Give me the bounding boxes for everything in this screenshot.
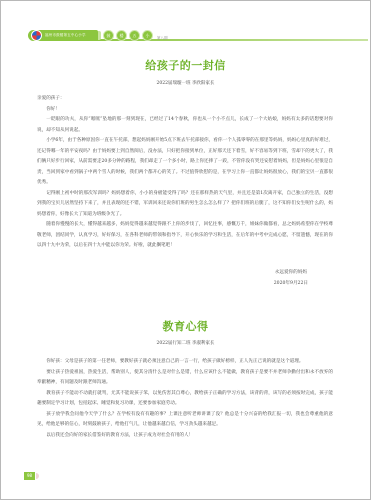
article-body: 你好孩：父母是孩子的第一任老师，要教好孩子就必须注意自己的一言一行，给孩子做好榜… <box>37 357 333 441</box>
article-byline: 2022届行知二班 李淑利家长 <box>0 340 371 346</box>
school-logo-icon <box>31 30 42 41</box>
paragraph: 一眨眼的功夫，从你“哌哌”坠地的那一刻到现在，已经过了14个春秋，你也从一个小不… <box>37 115 333 136</box>
article-title: 给孩子的一封信 <box>0 57 371 73</box>
badge-circle-icon: 鼓 <box>103 30 114 41</box>
paragraph: 以后我还会向好的家长借鉴好的教育方法，让孩子成为对社会有用的人！ <box>37 431 333 442</box>
paragraph: 教育孩子不能动不动就打就骂，尤其不能说孩子笨，以免伤害其自尊心，教给孩子正确的学… <box>37 389 333 410</box>
school-banner: 福州市鼓楼第五中心小学 <box>28 30 98 41</box>
badge-circle-icon: 五 <box>129 30 140 41</box>
paragraph: 你好孩：父母是孩子的第一任老师，要教好孩子就必须注意自己的一言一行，给孩子做好榜… <box>37 357 333 368</box>
header-badges: 鼓 楼 五 小 第八期 <box>103 30 168 41</box>
page-header: 福州市鼓楼第五中心小学 鼓 楼 五 小 第八期 <box>28 30 348 42</box>
greeting: 亲爱的孩子： <box>37 94 333 105</box>
article-body: 亲爱的孩子： 你好！ 一眨眼的功夫，从你“哌哌”坠地的那一刻到现在，已经过了14… <box>37 94 333 252</box>
paragraph: 小学6年，由于各种原因你一直在午托部，想起妈妈刚开始5点下班去午托部接你，看你一… <box>37 136 333 189</box>
badge-circle-icon: 小 <box>142 30 153 41</box>
badge-circle-icon: 楼 <box>116 30 127 41</box>
paragraph: 随着你慢慢的长大，懂得越来越多，妈妈觉得越来越觉得跟不上你的步伐了，回忆往事，感… <box>37 220 333 252</box>
article-title: 教育心得 <box>0 318 371 334</box>
article-byline: 2022届瑞璇一班 李欣阳家长 <box>0 80 371 86</box>
signature-block: 永远爱你的妈妈 2020年9月22日 <box>274 268 308 289</box>
letter-date: 2020年9月22日 <box>274 279 308 290</box>
banner-tab <box>98 31 101 40</box>
school-name: 福州市鼓楼第五中心小学 <box>45 33 86 38</box>
paragraph: 要让孩子热爱祖国，热爱生活，帮助别人，使其分清什么是对什么是错，什么应该什么不能… <box>37 368 333 389</box>
paragraph: 记得刚上初中时的那次军训吗？妈妈想着你，小小的身板能受得了吗？还在那样热的天气里… <box>37 189 333 221</box>
salutation: 你好！ <box>37 105 333 116</box>
signature: 永远爱你的妈妈 <box>274 268 308 279</box>
page-number: 98 <box>24 472 35 480</box>
paragraph: 孩子放学我会问他今天学了什么？在学校有没有有趣的事？上课注意听老师讲课了没？他总… <box>37 410 333 431</box>
issue-number: 第八期 <box>157 36 168 41</box>
